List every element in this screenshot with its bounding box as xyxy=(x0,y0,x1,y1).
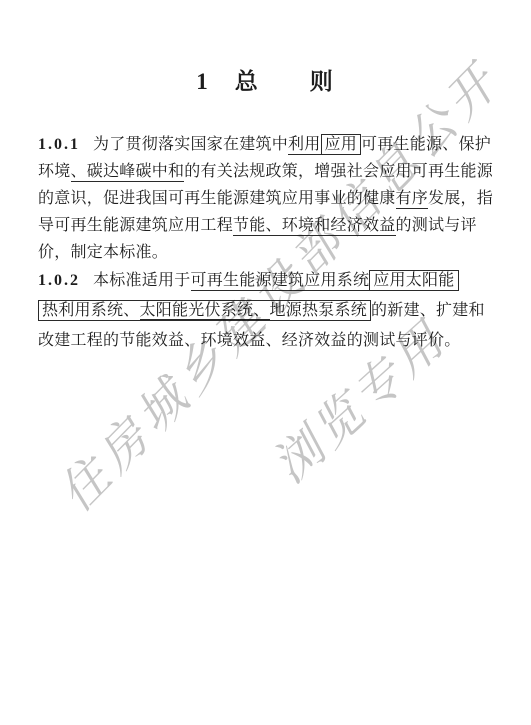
text-segment: 改建工程的节能效益、环境效益、经济效益的测试与评价。 xyxy=(38,332,461,349)
text-line: 改建工程的节能效益、环境效益、经济效益的测试与评价。 xyxy=(38,326,516,356)
text-segment: 的有关法规政策，增强社会应用可再生能源 xyxy=(184,163,493,180)
boxed-revision-text: 应用太阳能 xyxy=(369,270,458,291)
text-line: 1.0.1为了贯彻落实国家在建筑中利用应用可再生能源、保护 xyxy=(38,131,516,158)
text-line: 的意识，促进我国可再生能源建筑应用事业的健康有序发展，指 xyxy=(38,185,516,212)
text-segment: 地源热泵系统 xyxy=(270,302,368,319)
clause-1.0.2: 1.0.2本标准适用于可再生能源建筑应用系统应用太阳能热利用系统、太阳能光伏系统… xyxy=(38,266,516,356)
chapter-title: 1 总 则 xyxy=(0,63,531,96)
clause-1.0.1: 1.0.1为了贯彻落实国家在建筑中利用应用可再生能源、保护环境、碳达峰碳中和的有… xyxy=(38,131,516,266)
text-segment: 价，制定本标准。 xyxy=(38,244,168,261)
text-line: 1.0.2本标准适用于可再生能源建筑应用系统应用太阳能 xyxy=(38,266,516,296)
text-line: 环境、碳达峰碳中和的有关法规政策，增强社会应用可再生能源 xyxy=(38,158,516,185)
underlined-revision-text: 有序 xyxy=(396,190,429,209)
document-page: 1 总 则 1.0.1为了贯彻落实国家在建筑中利用应用可再生能源、保护环境、碳达… xyxy=(0,0,531,725)
boxed-revision-text: 应用 xyxy=(321,134,362,155)
text-segment: 导可再生能源建筑应用工程 xyxy=(38,217,233,234)
boxed-revision-text: 热利用系统、太阳能光伏系统、地源热泵系统 xyxy=(38,300,371,321)
underlined-revision-text: 、碳达峰碳中和 xyxy=(71,163,185,182)
text-segment: 为了贯彻落实国家在建筑中 xyxy=(93,136,288,153)
text-segment: 环境 xyxy=(38,163,71,180)
text-line: 导可再生能源建筑应用工程节能、环境和经济效益的测试与评 xyxy=(38,212,516,239)
underlined-revision-text: 节能、环境和经济效益 xyxy=(233,217,396,236)
document-body: 1.0.1为了贯彻落实国家在建筑中利用应用可再生能源、保护环境、碳达峰碳中和的有… xyxy=(38,131,516,356)
text-segment: 的意识，促进我国可再生能源建筑应用事业的健康 xyxy=(38,190,396,207)
text-segment: 的测试与评 xyxy=(396,217,477,234)
text-segment: 可再生能源、保护 xyxy=(361,136,491,153)
text-segment: 热利用系统、 xyxy=(42,302,140,319)
underlined-revision-text: 太阳能光伏系统、 xyxy=(140,302,270,320)
underlined-revision-text: 可再生能源建筑应用系统 xyxy=(191,272,370,291)
underlined-revision-text: 利用 xyxy=(288,136,321,155)
text-segment: 本标准适用于 xyxy=(93,272,191,289)
text-segment: 的新建、扩建和 xyxy=(371,302,485,319)
clause-number: 1.0.1 xyxy=(38,136,80,153)
text-segment: 发展，指 xyxy=(428,190,493,207)
text-line: 价，制定本标准。 xyxy=(38,239,516,266)
text-line: 热利用系统、太阳能光伏系统、地源热泵系统的新建、扩建和 xyxy=(38,296,516,326)
clause-number: 1.0.2 xyxy=(38,272,80,289)
